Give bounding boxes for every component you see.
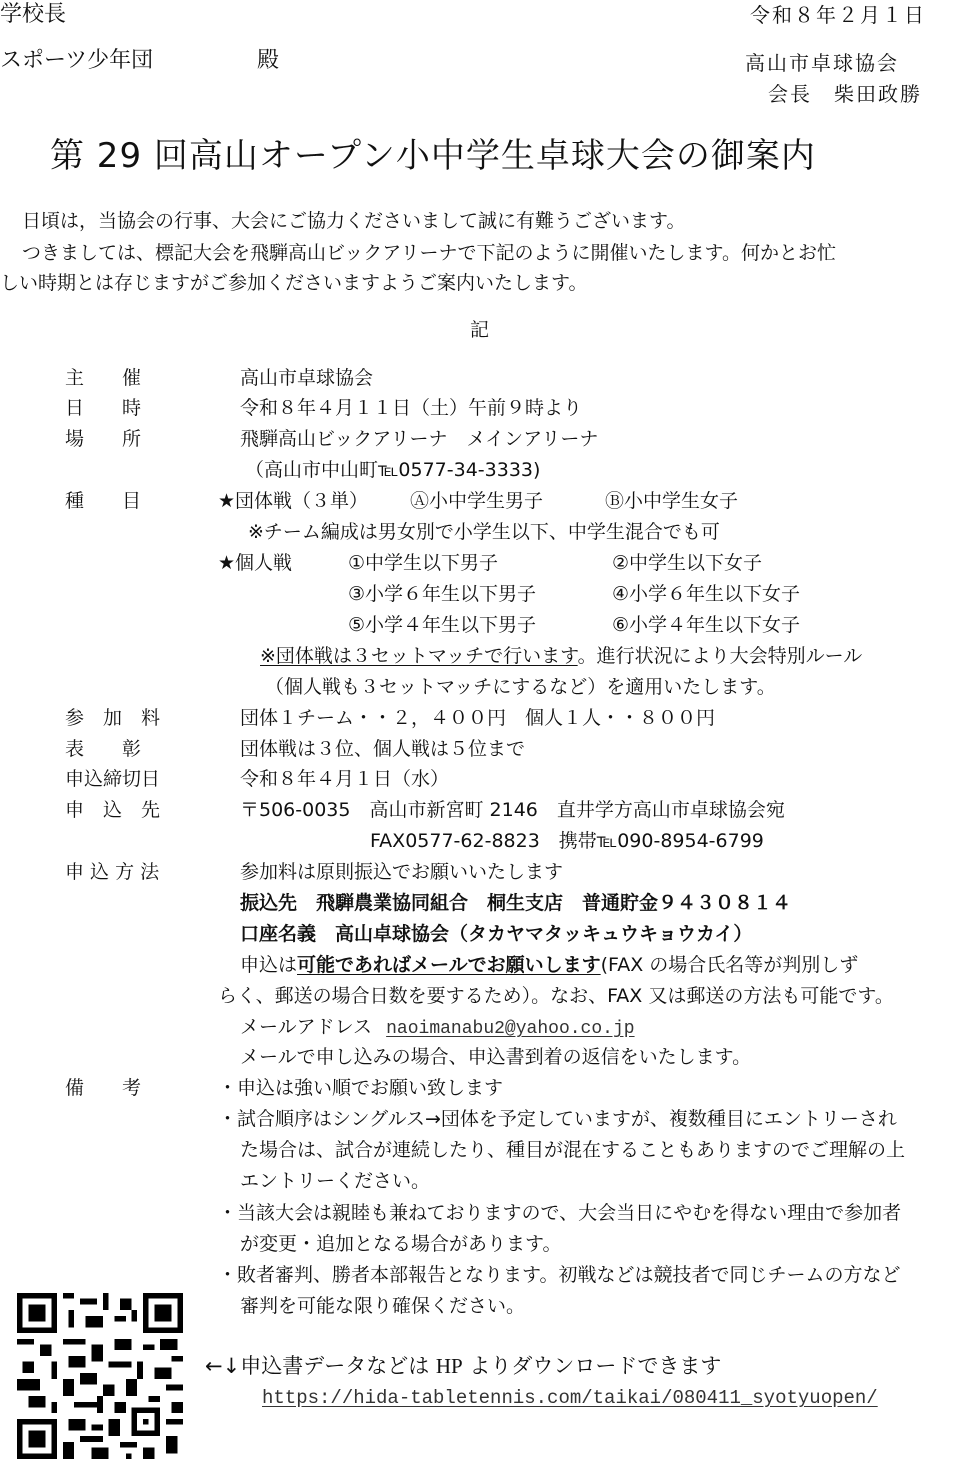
deadline-label: 申込締切日 [65, 770, 160, 789]
arrow-left-down-icon: ←↓ [205, 1354, 240, 1378]
venue-address: （高山市中山町℡0577-34-3333) [245, 461, 540, 480]
team-event-header: ★団体戦（３単） [218, 492, 368, 511]
datetime-value: 令和８年４月１１日（土）午前９時より [240, 399, 582, 418]
sender-org: 高山市卓球協会 [745, 53, 899, 73]
email-request: 申込は可能であればメールでお願いします(FAX の場合氏名等が判別しず [240, 956, 858, 975]
email-request-suffix: (FAX の場合氏名等が判別しず [601, 954, 859, 976]
awards-value: 団体戦は３位、個人戦は５位まで [240, 740, 525, 759]
fee-label: 参 加 料 [65, 709, 160, 728]
remark-item-cont: エントリーください。 [240, 1172, 430, 1191]
individual-event-1: ①中学生以下男子 [348, 554, 498, 573]
email-line: メールアドレス naoimanabu2@yahoo.co.jp [240, 1018, 635, 1038]
destination-contact: FAX0577-62-8823 携帯℡090-8954-6799 [370, 832, 764, 851]
remark-item-cont: が変更・追加となる場合があります。 [240, 1235, 561, 1254]
reply-note: メールで申し込みの場合、申込書到着の返信をいたします。 [240, 1048, 751, 1067]
awards-label: 表 彰 [65, 740, 141, 759]
rule-note: ※団体戦は３セットマッチで行います。進行状況により大会特別ルール [260, 647, 862, 666]
sender-name: 会長 柴田政勝 [768, 84, 922, 104]
remark-item: ・試合順序はシングルス→団体を予定していますが、複数種目にエントリーされ [218, 1110, 897, 1129]
remark-item-cont: た場合は、試合が連続したり、種目が混在することもありますのでご理解の上 [240, 1141, 905, 1160]
intro-line1: 日頃は，当協会の行事、大会にご協力くださいまして誠に有難うございます。 [22, 212, 685, 231]
email-request-underlined: 可能であればメールでお願いします [297, 954, 601, 976]
venue-value: 飛騨高山ビックアリーナ メインアリーナ [240, 430, 598, 449]
download-url-link[interactable]: https://hida-tabletennis.com/taikai/0804… [262, 1389, 878, 1408]
team-event-note: ※チーム編成は男女別で小学生以下、中学生混合でも可 [248, 523, 720, 542]
team-event-a: Ⓐ小中学生男子 [410, 492, 543, 511]
events-label: 種 目 [65, 492, 141, 511]
recipient-line1: 学校長 [0, 4, 66, 26]
intro-line3: しい時期とは存じますがご参加くださいますようご案内いたします。 [0, 274, 587, 293]
individual-event-6: ⑥小学４年生以下女子 [612, 616, 800, 635]
organizer-value: 高山市卓球協会 [240, 369, 373, 388]
deadline-value: 令和８年４月１日（水） [240, 770, 449, 789]
download-text: 申込書データなどは [240, 1354, 436, 1378]
ki-heading: 記 [470, 321, 489, 340]
rule-note-line2: （個人戦も３セットマッチにするなど）を適用いたします。 [265, 678, 776, 697]
datetime-label: 日 時 [65, 399, 141, 418]
individual-event-4: ④小学６年生以下女子 [612, 585, 800, 604]
remark-item: ・敗者審判、勝者本部報告となります。初戦などは競技者で同じチームの方など [218, 1266, 900, 1285]
organizer-label: 主 催 [65, 369, 141, 388]
team-event-b: Ⓑ小中学生女子 [605, 492, 738, 511]
recipient-line2: スポーツ少年団 [0, 50, 153, 72]
remark-item: ・申込は強い順でお願い致します [218, 1079, 503, 1098]
rule-note-underlined: ※団体戦は３セットマッチで行います [260, 645, 578, 667]
email-request-line2: らく、郵送の場合日数を要するため）。なお、FAX 又は郵送の方法も可能です。 [218, 987, 894, 1006]
download-hp: HP [436, 1354, 463, 1378]
method-label: 申 込 方 法 [65, 863, 159, 882]
email-label: メールアドレス [240, 1016, 372, 1038]
qr-code-icon[interactable] [16, 1293, 184, 1459]
remarks-label: 備 考 [65, 1079, 141, 1098]
individual-event-header: ★個人戦 [218, 554, 292, 573]
email-request-prefix: 申込は [240, 954, 297, 976]
honorific: 殿 [257, 50, 279, 72]
download-note: ←↓申込書データなどは HP よりダウンロードできます [205, 1356, 721, 1377]
bank-account: 振込先 飛騨農業協同組合 桐生支店 普通貯金９４３０８１４ [240, 894, 791, 913]
individual-event-5: ⑤小学４年生以下男子 [348, 616, 536, 635]
fee-value: 団体１チーム・・２，４００円 個人１人・・８００円 [240, 709, 715, 728]
destination-label: 申 込 先 [65, 801, 160, 820]
individual-event-2: ②中学生以下女子 [612, 554, 762, 573]
document-date: 令和８年２月１日 [750, 5, 926, 25]
page-title: 第 29 回高山オープン小中学生卓球大会の御案内 [50, 139, 816, 173]
account-holder: 口座名義 高山卓球協会（タカヤマタッキュウキョウカイ） [240, 925, 752, 944]
rule-note-rest: 。進行状況により大会特別ルール [578, 645, 863, 667]
intro-line2: つきましては、標記大会を飛騨高山ビックアリーナで下記のように開催いたします。何か… [22, 244, 836, 263]
destination-address: 〒506-0035 高山市新宮町 2146 直井学方高山市卓球協会宛 [240, 801, 785, 820]
venue-label: 場 所 [65, 430, 141, 449]
individual-event-3: ③小学６年生以下男子 [348, 585, 536, 604]
method-line1: 参加料は原則振込でお願いいたします [240, 863, 563, 882]
download-text-post: よりダウンロードできます [463, 1354, 722, 1378]
email-link[interactable]: naoimanabu2@yahoo.co.jp [386, 1019, 634, 1039]
remark-item: ・当該大会は親睦も兼ねておりますので、大会当日にやむを得ない理由で参加者 [218, 1204, 901, 1223]
remark-item-cont: 審判を可能な限り確保ください。 [240, 1297, 525, 1316]
